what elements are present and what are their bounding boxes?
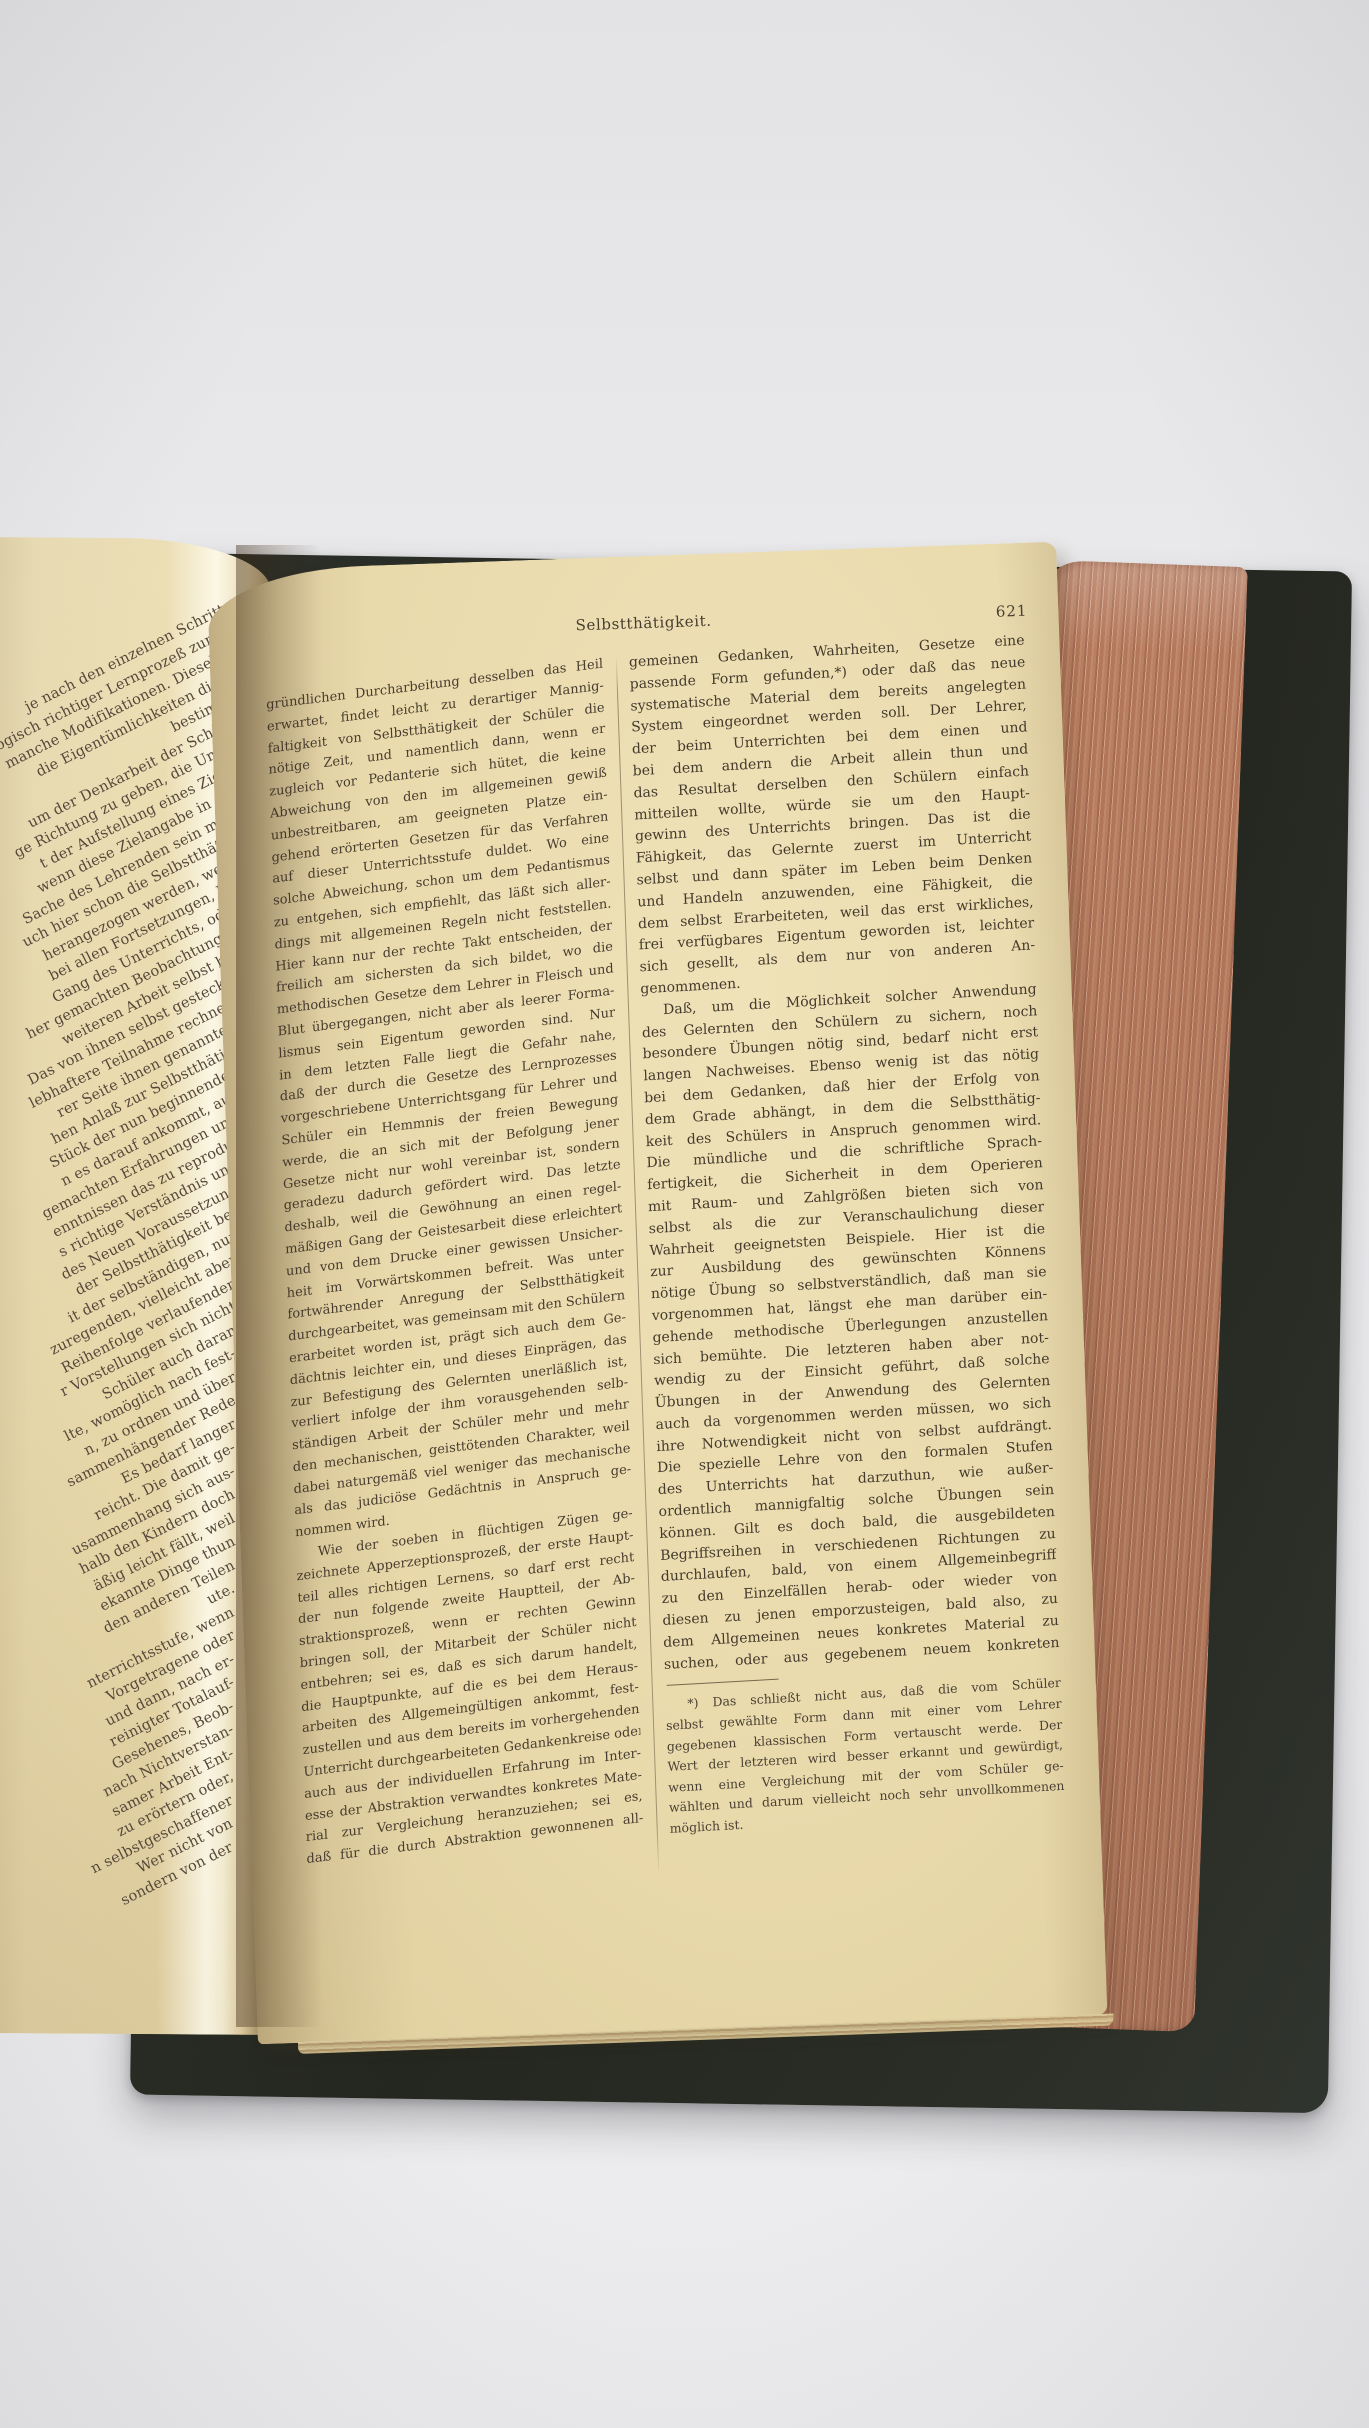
text-columns: gründlichen Durcharbeitung desselben das…	[265, 639, 1067, 1887]
footnote: *) Das schließt nicht aus, daß die vom S…	[665, 1673, 1066, 1839]
right-page-content: Selbstthätigkeit. 621 gründlichen Durcha…	[264, 601, 1068, 1887]
text-column-left: gründlichen Durcharbeitung desselben das…	[266, 654, 644, 1872]
footnote-separator	[667, 1679, 779, 1686]
photo-backdrop: je nach den einzelnen Schrittenlogisch r…	[0, 0, 1369, 2428]
text-column-right-body: gemeinen Gedanken, Wahrheiten, Gesetze e…	[629, 630, 1060, 1676]
text-column-right: gemeinen Gedanken, Wahrheiten, Gesetze e…	[629, 630, 1066, 1839]
page-number: 621	[995, 602, 1027, 621]
left-page-text: je nach den einzelnen Schrittenlogisch r…	[0, 589, 241, 2034]
right-page: Selbstthätigkeit. 621 gründlichen Durcha…	[207, 542, 1108, 2045]
